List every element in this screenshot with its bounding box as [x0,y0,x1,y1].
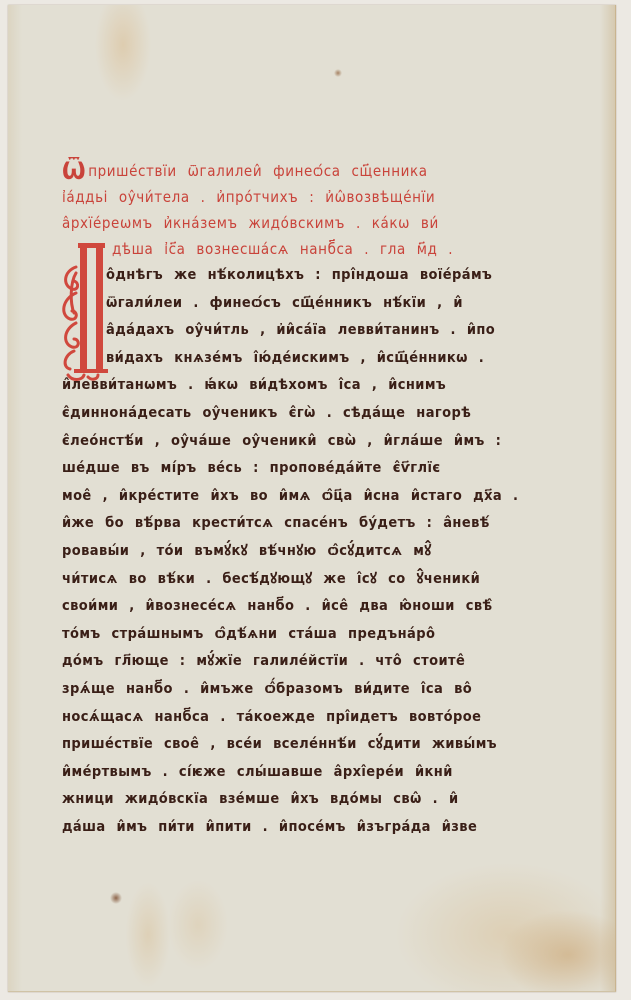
body-line-17: носѧ́щасѧ нанб҃са . та́коежде прі̂идетъ … [62,704,492,732]
body-line-1: о̂днѣгъ же нѣ́колицѣхъ : прі̂ндоша воїе́… [62,262,492,290]
body-line-16: зрѧ́ще нанб҃о . и̂мъже ѻ̂́бразомъ ви́дит… [62,676,492,704]
body-line-10: и̂же бо вѣ́рва крести́тсѧ спасе́нъ бу́де… [62,510,492,538]
body-line-9: мое̂ , и̂кре́стите и̂хъ во и̂мѧ ѻ̂ц҃а и̂… [62,483,492,511]
body-line-2: ѿгали́леи . финеѻ́съ сщ҃е́нникъ нѣ́кїи ,… [62,290,492,318]
body-line-21: да́ша и̂мъ пи́ти и̂пити . и̂посе́мъ и̂зъ… [62,814,492,842]
body-line-15: до́мъ гл҃юще : мꙋ́жїе галиле́йстїи . что… [62,648,492,676]
body-line-12: чи́тисѧ во вѣ́ки . бесѣ́дꙋющꙋ же і̂сꙋ со… [62,566,492,594]
body-line-7: є̂лео́нстѣ́и , оу̂ча́ше оу̂ченики̂ свѡ̀ … [62,428,492,456]
body-line-6: є̂диннона́десать оу̂ченикъ є̂гѡ̀ . сѣда́… [62,400,492,428]
rubric-line-4: дѣша і҆с҃а вознесша́сѧ нанб҃са . гла м҃д… [62,236,492,262]
body-line-11: ровавы́и , то́и въмꙋ́кꙋ вѣ́чнꙋю ѻ̂сꙋ́дит… [62,538,492,566]
manuscript-text: Ѿприше́ствїи ѿгалилеи̂ финеѻ́са сщ҃енник… [62,158,492,841]
rubric-line-2: і҆а́ддьі оу̂чи́тела . и҆про́тчихъ : и҆ѡ̂… [62,184,492,210]
body-line-14: то́мъ стра́шнымъ ѻ̂дѣ́ѧни ста́ша предъна… [62,621,492,649]
body-line-3: а̂да́дахъ оу̂чи́тль , и҆и̂са́їа левви́та… [62,317,492,345]
body-line-8: ше́дше въ мі́ръ ве́сь : пропове́да́йте є… [62,455,492,483]
body-line-18: прише́ствїе свое̂ , все́и вселе́ннѣ́и сꙋ… [62,731,492,759]
rubric-initial: Ѿ [62,157,86,185]
body-line-13: свои́ми , и̂вознесе́сѧ нанб҃о . и̂се̂ дв… [62,593,492,621]
body-line-19: и̂ме́ртвымъ . сі́ѥже слы́шавше а̂рхі̂ере… [62,759,492,787]
rubric-line-3: а̂рхїе́реѡмъ и҆кна́земъ жидо́вскимъ . ка… [62,210,492,236]
body-line-4: ви́дахъ кнѧзе́мъ і̂ю́де́искимъ , и̂сщ҃е́… [62,345,492,373]
rubric-line-1: Ѿприше́ствїи ѿгалилеи̂ финеѻ́са сщ҃енник… [62,158,492,184]
body-line-5: и̂левви́танѡмъ . ꙗ҆́кѡ ви́дѣхомъ і̂са , … [62,372,492,400]
body-line-20: жници жидо́вскїа взе́мше и̂хъ вдо́мы свѡ… [62,786,492,814]
